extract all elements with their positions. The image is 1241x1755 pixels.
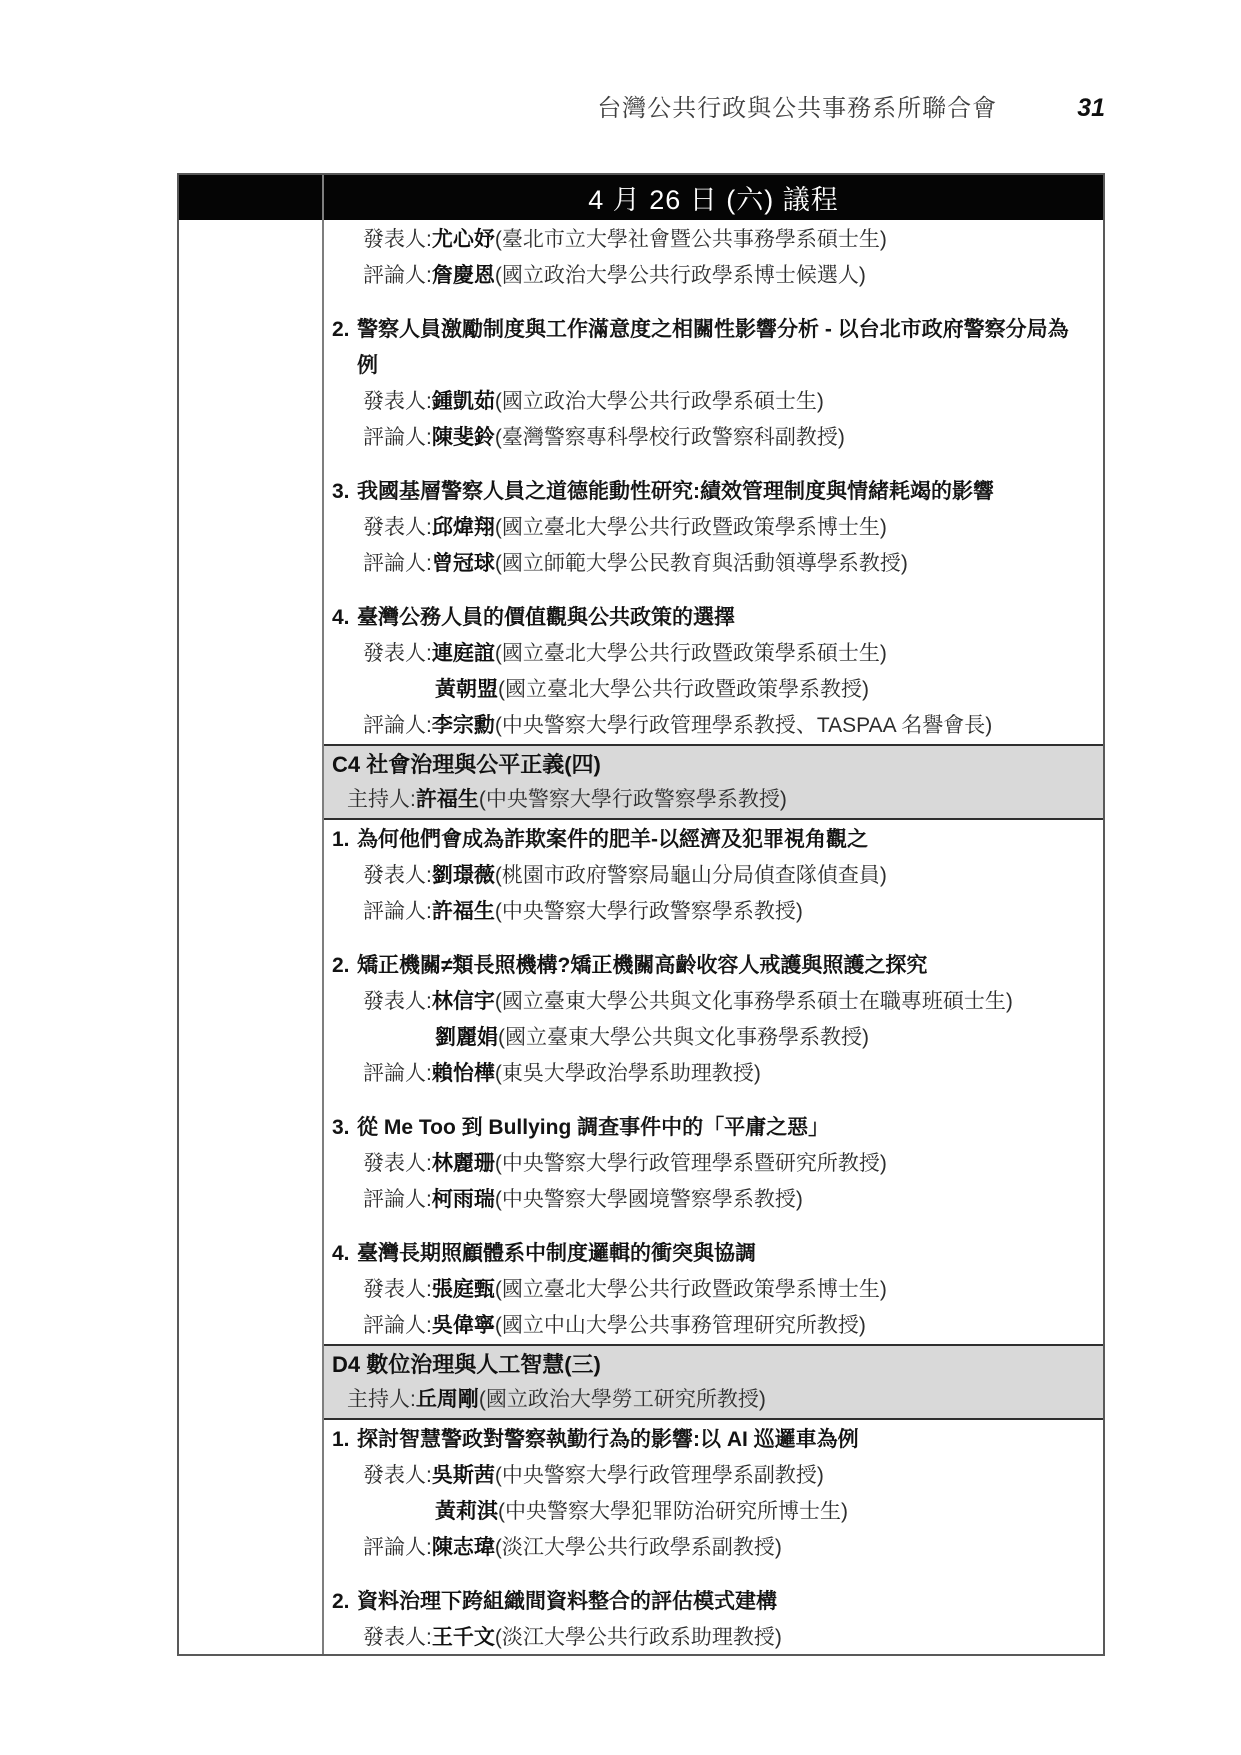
title-text: 警察人員激勵制度與工作滿意度之相關性影響分析 - 以台北市政府警察分局為 例 [357,312,1069,384]
role-label: 主持人: [347,788,416,811]
page-header-title: 台灣公共行政與公共事務系所聯合會 [597,88,997,123]
person-line: 發表人:張庭甄(國立臺北大學公共行政暨政策學系博士生) [324,1272,1103,1308]
role-label: 發表人: [363,1278,432,1301]
person-line: 評論人:柯雨瑞(中央警察大學國境警察學系教授) [324,1182,1103,1218]
paper-title-line: 4.臺灣長期照顧體系中制度邏輯的衝突與協調 [324,1236,1103,1272]
paper-title-line: 3.我國基層警察人員之道德能動性研究:績效管理制度與情緒耗竭的影響 [324,474,1103,510]
person-line: 評論人:賴怡樺(東吳大學政治學系助理教授) [324,1056,1103,1092]
person-name: 許福生 [416,788,479,811]
affiliation: (國立政治大學公共行政學系碩士生) [495,390,824,413]
person-name: 許福生 [432,900,495,923]
host-line: 主持人:許福生(中央警察大學行政警察學系教授) [324,782,1103,818]
session-band: C4 社會治理與公平正義(四)主持人:許福生(中央警察大學行政警察學系教授) [324,744,1103,820]
role-label: 發表人: [363,642,432,665]
affiliation: (中央警察大學行政管理學系暨研究所教授) [495,1152,887,1175]
role-label: 發表人: [363,1152,432,1175]
host-line: 主持人:丘周剛(國立政治大學勞工研究所教授) [324,1382,1103,1418]
role-label: 評論人: [363,264,432,287]
person-name: 柯雨瑞 [432,1188,495,1211]
role-label: 發表人: [363,864,432,887]
affiliation: (臺北市立大學社會暨公共事務學系碩士生) [495,228,887,251]
role-label: 評論人: [363,1062,432,1085]
person-name: 林信宇 [432,990,495,1013]
person-name: 黃莉淇 [435,1500,498,1523]
person-name: 黃朝盟 [435,678,498,701]
person-line: 評論人:許福生(中央警察大學行政警察學系教授) [324,894,1103,930]
role-label: 發表人: [363,1626,432,1649]
table-body: 發表人:尤心妤(臺北市立大學社會暨公共事務學系碩士生)評論人:詹慶恩(國立政治大… [324,220,1103,1656]
title-text: 為何他們會成為詐欺案件的肥羊-以經濟及犯罪視角觀之 [357,822,868,858]
affiliation: (桃園市政府警察局龜山分局偵查隊偵查員) [495,864,887,887]
item-number: 1. [332,1422,357,1458]
affiliation: (臺灣警察專科學校行政警察科副教授) [495,426,845,449]
affiliation: (國立臺北大學公共行政暨政策學系博士生) [495,516,887,539]
person-line: 評論人:陳志瑋(淡江大學公共行政學系副教授) [324,1530,1103,1566]
person-name: 張庭甄 [432,1278,495,1301]
person-line: 發表人:邱煒翔(國立臺北大學公共行政暨政策學系博士生) [324,510,1103,546]
paper-title-line: 2.警察人員激勵制度與工作滿意度之相關性影響分析 - 以台北市政府警察分局為 例 [324,312,1103,384]
person-line: 發表人:王千文(淡江大學公共行政系助理教授) [324,1620,1103,1656]
affiliation: (國立臺北大學公共行政暨政策學系博士生) [495,1278,887,1301]
paper-title-line: 3.從 Me Too 到 Bullying 調查事件中的「平庸之惡」 [324,1110,1103,1146]
paper-title-line: 1.為何他們會成為詐欺案件的肥羊-以經濟及犯罪視角觀之 [324,822,1103,858]
affiliation: (中央警察大學行政管理學系教授、TASPAA 名譽會長) [495,714,992,737]
role-label: 發表人: [363,1464,432,1487]
date-header: 4 月 26 日 (六) 議程 [324,175,1103,220]
affiliation: (國立臺北大學公共行政暨政策學系碩士生) [495,642,887,665]
person-name: 李宗勳 [432,714,495,737]
time-column [179,175,324,1654]
role-label: 評論人: [363,426,432,449]
affiliation: (國立臺東大學公共與文化事務學系教授) [498,1026,869,1049]
person-line: 發表人:林麗珊(中央警察大學行政管理學系暨研究所教授) [324,1146,1103,1182]
session-band: D4 數位治理與人工智慧(三)主持人:丘周剛(國立政治大學勞工研究所教授) [324,1344,1103,1420]
person-line: 發表人:吳斯茜(中央警察大學行政管理學系副教授) [324,1458,1103,1494]
page-header: 台灣公共行政與公共事務系所聯合會 31 [177,88,1105,123]
paper-title-line: 1.探討智慧警政對警察執勤行為的影響:以 AI 巡邏車為例 [324,1422,1103,1458]
person-line: 發表人:連庭誼(國立臺北大學公共行政暨政策學系碩士生) [324,636,1103,672]
person-name: 丘周剛 [416,1388,479,1411]
title-text: 資料治理下跨組織間資料整合的評估模式建構 [357,1584,777,1620]
item-number: 3. [332,474,357,510]
role-label: 評論人: [363,1314,432,1337]
person-name: 陳志瑋 [432,1536,495,1559]
role-label: 主持人: [347,1388,416,1411]
person-name: 賴怡樺 [432,1062,495,1085]
role-label: 發表人: [363,228,432,251]
affiliation: (國立中山大學公共事務管理研究所教授) [495,1314,866,1337]
person-line: 發表人:尤心妤(臺北市立大學社會暨公共事務學系碩士生) [324,222,1103,258]
continuation-line: 黃朝盟(國立臺北大學公共行政暨政策學系教授) [324,672,1103,708]
person-line: 評論人:曾冠球(國立師範大學公民教育與活動領導學系教授) [324,546,1103,582]
person-name: 詹慶恩 [432,264,495,287]
session-title: C4 社會治理與公平正義(四) [324,746,1103,782]
role-label: 發表人: [363,990,432,1013]
person-name: 劉麗娟 [435,1026,498,1049]
continuation-line: 劉麗娟(國立臺東大學公共與文化事務學系教授) [324,1020,1103,1056]
document-page: 台灣公共行政與公共事務系所聯合會 31 4 月 26 日 (六) 議程 發表人:… [0,0,1241,1755]
continuation-line: 黃莉淇(中央警察大學犯罪防治研究所博士生) [324,1494,1103,1530]
person-name: 陳斐鈴 [432,426,495,449]
paper-title-line: 2.矯正機關≠類長照機構?矯正機關高齡收容人戒護與照護之探究 [324,948,1103,984]
item-number: 4. [332,600,357,636]
person-name: 吳斯茜 [432,1464,495,1487]
role-label: 發表人: [363,390,432,413]
affiliation: (中央警察大學犯罪防治研究所博士生) [498,1500,848,1523]
title-text: 矯正機關≠類長照機構?矯正機關高齡收容人戒護與照護之探究 [357,948,927,984]
affiliation: (中央警察大學行政管理學系副教授) [495,1464,824,1487]
person-name: 吳偉寧 [432,1314,495,1337]
role-label: 發表人: [363,516,432,539]
person-name: 林麗珊 [432,1152,495,1175]
affiliation: (淡江大學公共行政學系副教授) [495,1536,782,1559]
affiliation: (中央警察大學行政警察學系教授) [479,788,787,811]
item-number: 1. [332,822,357,858]
item-number: 2. [332,312,357,384]
item-number: 2. [332,1584,357,1620]
title-text: 臺灣長期照顧體系中制度邏輯的衝突與協調 [357,1236,756,1272]
person-line: 發表人:鍾凱茹(國立政治大學公共行政學系碩士生) [324,384,1103,420]
person-line: 發表人:林信宇(國立臺東大學公共與文化事務學系碩士在職專班碩士生) [324,984,1103,1020]
item-number: 3. [332,1110,357,1146]
person-line: 評論人:吳偉寧(國立中山大學公共事務管理研究所教授) [324,1308,1103,1344]
role-label: 評論人: [363,1536,432,1559]
affiliation: (國立臺北大學公共行政暨政策學系教授) [498,678,869,701]
role-label: 評論人: [363,900,432,923]
person-name: 邱煒翔 [432,516,495,539]
person-name: 尤心妤 [432,228,495,251]
person-line: 發表人:劉璟薇(桃園市政府警察局龜山分局偵查隊偵查員) [324,858,1103,894]
person-line: 評論人:陳斐鈴(臺灣警察專科學校行政警察科副教授) [324,420,1103,456]
schedule-table: 4 月 26 日 (六) 議程 發表人:尤心妤(臺北市立大學社會暨公共事務學系碩… [177,173,1105,1656]
page-number: 31 [1077,94,1105,123]
affiliation: (中央警察大學行政警察學系教授) [495,900,803,923]
title-text: 我國基層警察人員之道德能動性研究:績效管理制度與情緒耗竭的影響 [357,474,994,510]
person-name: 鍾凱茹 [432,390,495,413]
role-label: 評論人: [363,552,432,575]
affiliation: (國立臺東大學公共與文化事務學系碩士在職專班碩士生) [495,990,1013,1013]
role-label: 評論人: [363,714,432,737]
item-number: 4. [332,1236,357,1272]
title-text: 從 Me Too 到 Bullying 調查事件中的「平庸之惡」 [357,1110,829,1146]
affiliation: (淡江大學公共行政系助理教授) [495,1626,782,1649]
person-name: 曾冠球 [432,552,495,575]
person-name: 王千文 [432,1626,495,1649]
paper-title-line: 4.臺灣公務人員的價值觀與公共政策的選擇 [324,600,1103,636]
affiliation: (國立政治大學公共行政學系博士候選人) [495,264,866,287]
title-text: 探討智慧警政對警察執勤行為的影響:以 AI 巡邏車為例 [357,1422,859,1458]
person-name: 連庭誼 [432,642,495,665]
paper-title-line: 2.資料治理下跨組織間資料整合的評估模式建構 [324,1584,1103,1620]
affiliation: (東吳大學政治學系助理教授) [495,1062,761,1085]
affiliation: (國立師範大學公民教育與活動領導學系教授) [495,552,908,575]
title-text: 臺灣公務人員的價值觀與公共政策的選擇 [357,600,735,636]
affiliation: (中央警察大學國境警察學系教授) [495,1188,803,1211]
person-line: 評論人:詹慶恩(國立政治大學公共行政學系博士候選人) [324,258,1103,294]
person-name: 劉璟薇 [432,864,495,887]
item-number: 2. [332,948,357,984]
role-label: 評論人: [363,1188,432,1211]
affiliation: (國立政治大學勞工研究所教授) [479,1388,766,1411]
person-line: 評論人:李宗勳(中央警察大學行政管理學系教授、TASPAA 名譽會長) [324,708,1103,744]
session-title: D4 數位治理與人工智慧(三) [324,1346,1103,1382]
